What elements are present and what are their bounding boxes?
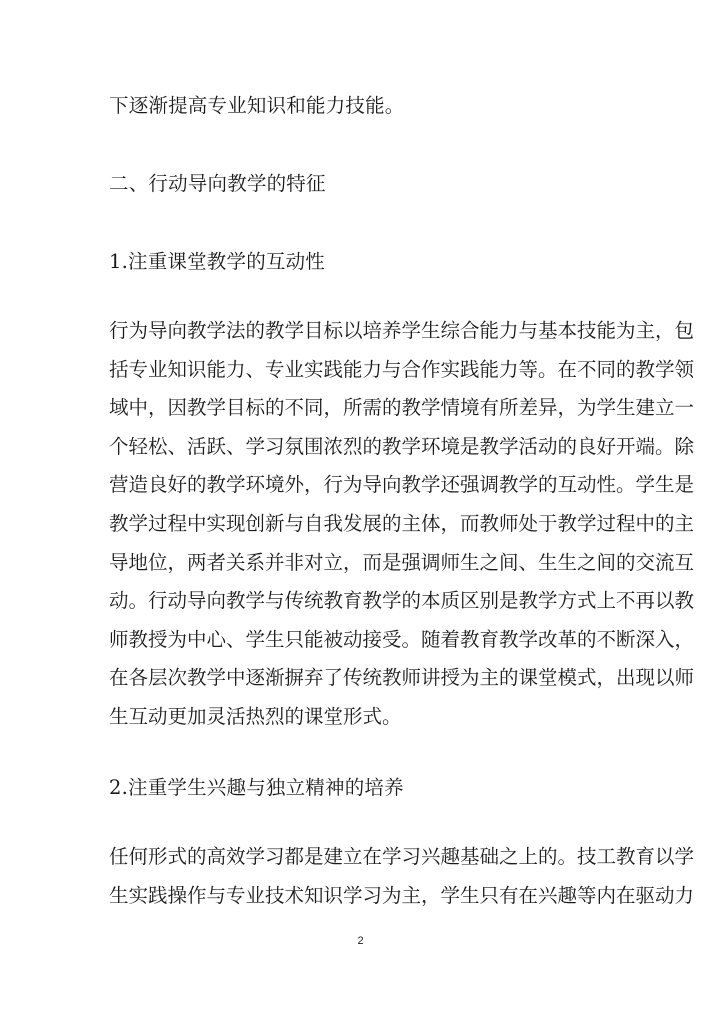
paragraph-line: 导地位，两者关系并非对立，而是强调师生之间、生生之间的交流互 (109, 544, 615, 583)
paragraph-line: 师教授为中心、学生只能被动接受。随着教育教学改革的不断深入， (109, 621, 615, 660)
paragraph-line: 动。行动导向教学与传统教育教学的本质区别是教学方式上不再以教 (109, 582, 615, 621)
subsection-2-title: 2.注重学生兴趣与独立精神的培养 (109, 776, 404, 800)
subsection-1-title: 1.注重课堂教学的互动性 (109, 250, 325, 274)
paragraph-line: 生实践操作与专业技术知识学习为主，学生只有在兴趣等内在驱动力 (109, 877, 615, 916)
paragraph-line: 任何形式的高效学习都是建立在学习兴趣基础之上的。技工教育以学 (109, 838, 615, 877)
paragraph-line: 域中，因教学目标的不同，所需的教学情境有所差异，为学生建立一 (109, 389, 615, 428)
page-number: 2 (0, 935, 721, 947)
paragraph-line: 营造良好的教学环境外，行为导向教学还强调教学的互动性。学生是 (109, 466, 615, 505)
paragraph-line: 行为导向教学法的教学目标以培养学生综合能力与基本技能为主，包 (109, 312, 615, 351)
paragraph-line: 括专业知识能力、专业实践能力与合作实践能力等。在不同的教学领 (109, 351, 615, 390)
paragraph-line: 个轻松、活跃、学习氛围浓烈的教学环境是教学活动的良好开端。除 (109, 428, 615, 467)
subsection-2-paragraph: 任何形式的高效学习都是建立在学习兴趣基础之上的。技工教育以学 生实践操作与专业技… (109, 838, 615, 915)
paragraph-line: 在各层次教学中逐渐摒弃了传统教师讲授为主的课堂模式，出现以师 (109, 659, 615, 698)
paragraph-line: 生互动更加灵活热烈的课堂形式。 (109, 698, 615, 737)
subsection-1-paragraph: 行为导向教学法的教学目标以培养学生综合能力与基本技能为主，包 括专业知识能力、专… (109, 312, 615, 737)
section-heading: 二、行动导向教学的特征 (109, 172, 326, 196)
paragraph-line: 教学过程中实现创新与自我发展的主体，而教师处于教学过程中的主 (109, 505, 615, 544)
continuation-text: 下逐渐提高专业知识和能力技能。 (109, 94, 405, 118)
